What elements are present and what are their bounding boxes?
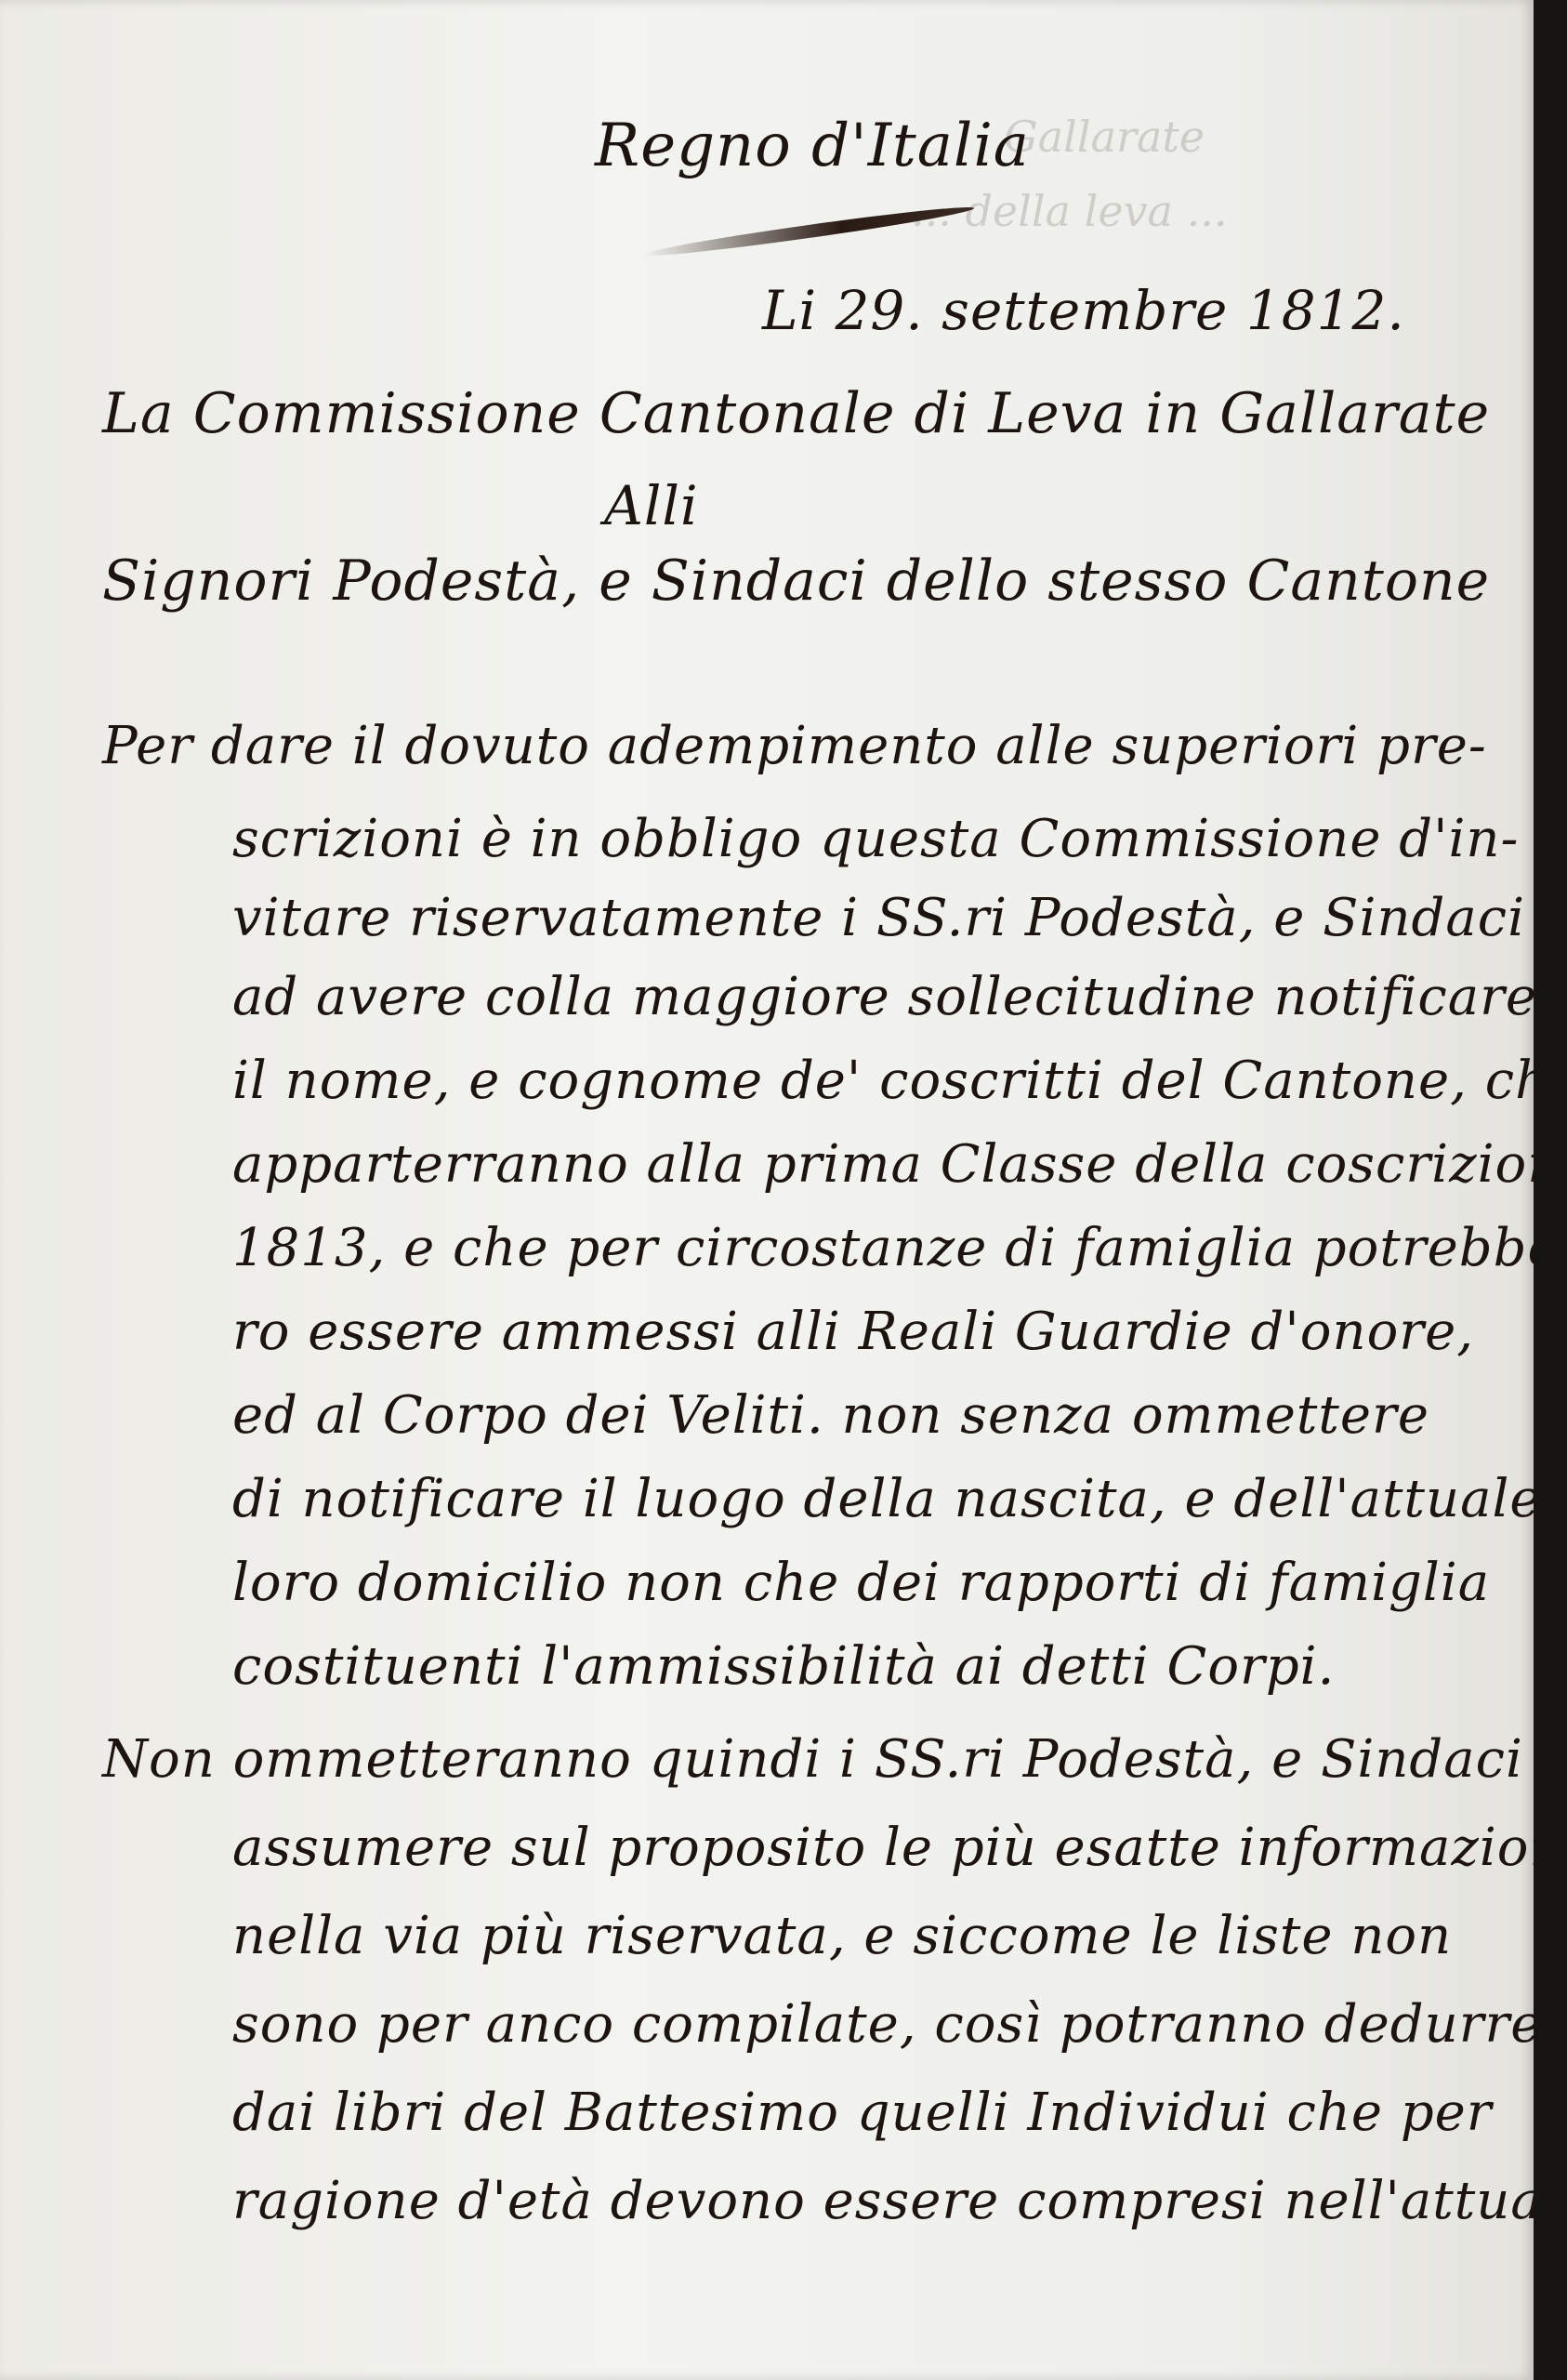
body-line: ed al Corpo dei Veliti. non senza ommett… xyxy=(232,1385,1429,1446)
recipient-line: Signori Podestà, e Sindaci dello stesso … xyxy=(102,549,1490,614)
body-line: scrizioni è in obbligo questa Commission… xyxy=(232,809,1519,869)
scan-edge xyxy=(1534,0,1567,2380)
body-line: costituenti l'ammissibilità ai detti Cor… xyxy=(232,1636,1335,1697)
body-line: ragione d'età devono essere compresi nel… xyxy=(232,2171,1567,2231)
sender-line: La Commissione Cantonale di Leva in Gall… xyxy=(102,381,1490,446)
manuscript-page: Gallarate ... della leva ... Regno d'Ita… xyxy=(0,0,1534,2380)
body-line: 1813, e che per circostanze di famiglia … xyxy=(232,1218,1567,1278)
document-date: Li 29. settembre 1812. xyxy=(762,279,1405,342)
body-line: nella via più riservata, e siccome le li… xyxy=(232,1906,1452,1966)
document-title: Regno d'Italia xyxy=(595,112,1030,180)
body-line: vitare riservatamente i SS.ri Podestà, e… xyxy=(232,888,1525,948)
salutation-to: Alli xyxy=(604,474,699,537)
body-line: loro domicilio non che dei rapporti di f… xyxy=(232,1553,1490,1613)
body-line: di notificare il luogo della nascita, e … xyxy=(232,1469,1542,1529)
body-line: ro essere ammessi alli Reali Guardie d'o… xyxy=(232,1302,1474,1362)
body-line: dai libri del Battesimo quelli Individui… xyxy=(232,2082,1493,2143)
body-line: assumere sul proposito le più esatte inf… xyxy=(232,1818,1567,1878)
body-line: sono per anco compilate, così potranno d… xyxy=(232,1994,1542,2055)
body-line: il nome, e cognome de' coscritti del Can… xyxy=(232,1051,1567,1111)
body-line: Non ommetteranno quindi i SS.ri Podestà,… xyxy=(102,1729,1567,1790)
bleed-through-text: Gallarate xyxy=(1004,112,1205,162)
body-line: Per dare il dovuto adempimento alle supe… xyxy=(102,716,1487,776)
body-line: ad avere colla maggiore sollecitudine no… xyxy=(232,967,1537,1027)
body-line: apparterranno alla prima Classe della co… xyxy=(232,1134,1567,1195)
